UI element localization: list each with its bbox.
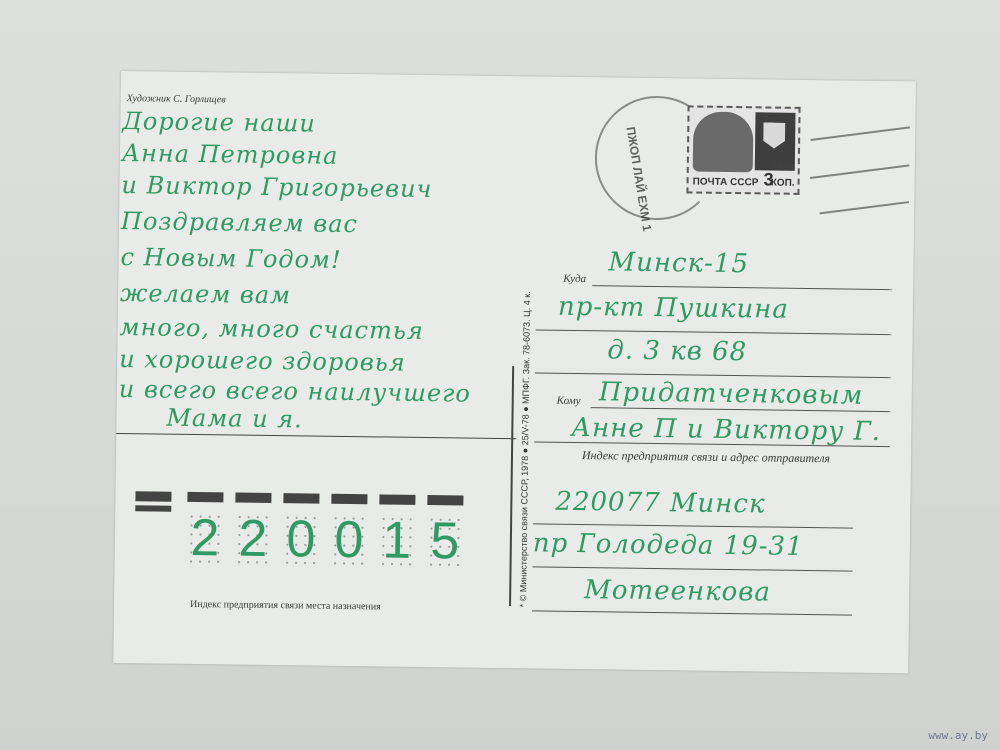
message-line: желаем вам [120, 279, 291, 309]
index-bar [379, 494, 415, 504]
to-line: д. 3 кв 68 [607, 335, 747, 367]
recipient-address: Куда Минск-15 пр-кт Пушкина д. 3 кв 68 К… [121, 71, 916, 81]
vertical-divider [509, 366, 514, 606]
artist-credit: Художник С. Горлищев [127, 93, 226, 105]
stamp-unit: КОП. [771, 178, 795, 189]
destination-index: 2 2 0 0 1 5 Индекс предприятия связи мес… [121, 71, 916, 81]
message-line: Дорогие наши [122, 107, 316, 138]
address-line [536, 329, 892, 335]
whom-label: Кому [557, 395, 581, 407]
watermark: www.ay.by [928, 729, 988, 742]
sender-address: 220077 Минск пр Голодеда 19-31 Мотеенков… [121, 71, 916, 81]
cancel-line [811, 126, 910, 141]
postmark-text: ПЖОП ЛАЙ ЕХМ 1 [624, 126, 655, 233]
address-line [533, 566, 853, 571]
address-line [535, 372, 891, 378]
to-line: пр-кт Пушкина [558, 292, 789, 325]
index-digit: 0 [331, 514, 368, 566]
index-bar [283, 493, 319, 503]
cancel-line [810, 164, 909, 179]
stamp-portrait-icon [693, 111, 754, 172]
index-digit: 5 [427, 515, 464, 567]
index-digit: 2 [235, 513, 272, 565]
sender-line: Мотеенкова [584, 575, 771, 607]
sender-line: пр Голодеда 19-31 [533, 528, 804, 562]
index-bar [135, 505, 171, 511]
postcard: Художник С. Горлищев Дорогие наши Анна П… [113, 71, 916, 673]
sender-line: 220077 Минск [555, 487, 765, 520]
address-line [592, 285, 892, 290]
index-caption: Индекс предприятия связи места назначени… [190, 599, 381, 612]
message-line: Поздравляем вас [121, 207, 358, 238]
publisher-imprint: * © Министерство связи СССР, 1978 ● 25/V… [518, 291, 532, 607]
message-line: с Новым Годом! [120, 243, 341, 274]
message-line: и хорошего здоровья [119, 345, 406, 377]
index-bar [331, 494, 367, 504]
message-line: и Виктор Григорьевич [121, 171, 432, 203]
message-line: Анна Петровна [122, 139, 339, 170]
postage-stamp: 1966 ПОЧТА СССР 3 КОП. [686, 105, 800, 194]
message-underline [116, 433, 516, 439]
to-label: Куда [563, 273, 586, 285]
message-line: много, много счастья [119, 313, 424, 345]
message-line: Мама и я. [166, 404, 303, 434]
message: Дорогие наши Анна Петровна и Виктор Григ… [121, 71, 916, 81]
index-bar [235, 493, 271, 503]
stamp-country: ПОЧТА СССР [693, 176, 759, 188]
index-bar [427, 495, 463, 505]
whom-line: Придатченковым [599, 377, 864, 410]
index-bar [187, 492, 223, 502]
cancel-line [820, 201, 910, 214]
address-line [532, 610, 852, 615]
sender-label: Индекс предприятия связи и адрес отправи… [536, 446, 876, 466]
index-digit: 2 [187, 512, 224, 564]
address-line [533, 523, 853, 528]
index-digit: 1 [379, 514, 416, 566]
stamp-year: 1966 [772, 162, 794, 171]
index-bar [135, 491, 171, 501]
index-digit: 0 [283, 513, 320, 565]
to-line: Минск-15 [608, 247, 749, 279]
